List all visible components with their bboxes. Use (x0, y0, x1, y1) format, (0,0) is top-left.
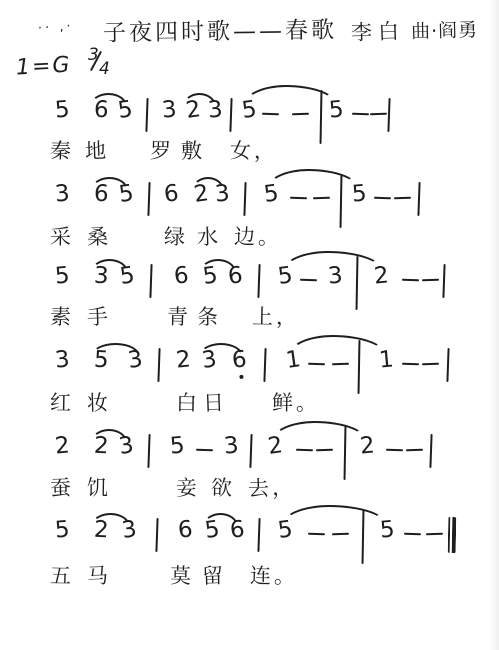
note-5: 5 (54, 518, 71, 542)
slur-arc (203, 513, 238, 527)
barline (155, 518, 159, 552)
lyric-syllable: 马 (87, 564, 112, 590)
note-6: 6 (177, 518, 194, 542)
duration-dash (332, 533, 349, 536)
tie-arc (281, 505, 388, 526)
lyric-syllable: 连。 (250, 564, 298, 590)
barline (257, 518, 261, 552)
slur-arc (91, 513, 130, 527)
duration-dash (308, 533, 325, 536)
final-double-barline (448, 517, 457, 553)
notation-area: 56532355秦地罗敷女，36562355采桑绿水边。535656532素手青… (0, 0, 499, 650)
sheet-music-page: { "page": {"background": "#ffffff", "ink… (0, 0, 499, 650)
lyric-syllable: 五 (50, 564, 74, 590)
lyric-syllable: 莫 (170, 564, 194, 590)
duration-dash (426, 533, 443, 536)
lyric-syllable: 留 (202, 564, 227, 590)
score-line-6: 52365655五马莫留连。 (0, 0, 499, 650)
duration-dash (404, 533, 421, 536)
